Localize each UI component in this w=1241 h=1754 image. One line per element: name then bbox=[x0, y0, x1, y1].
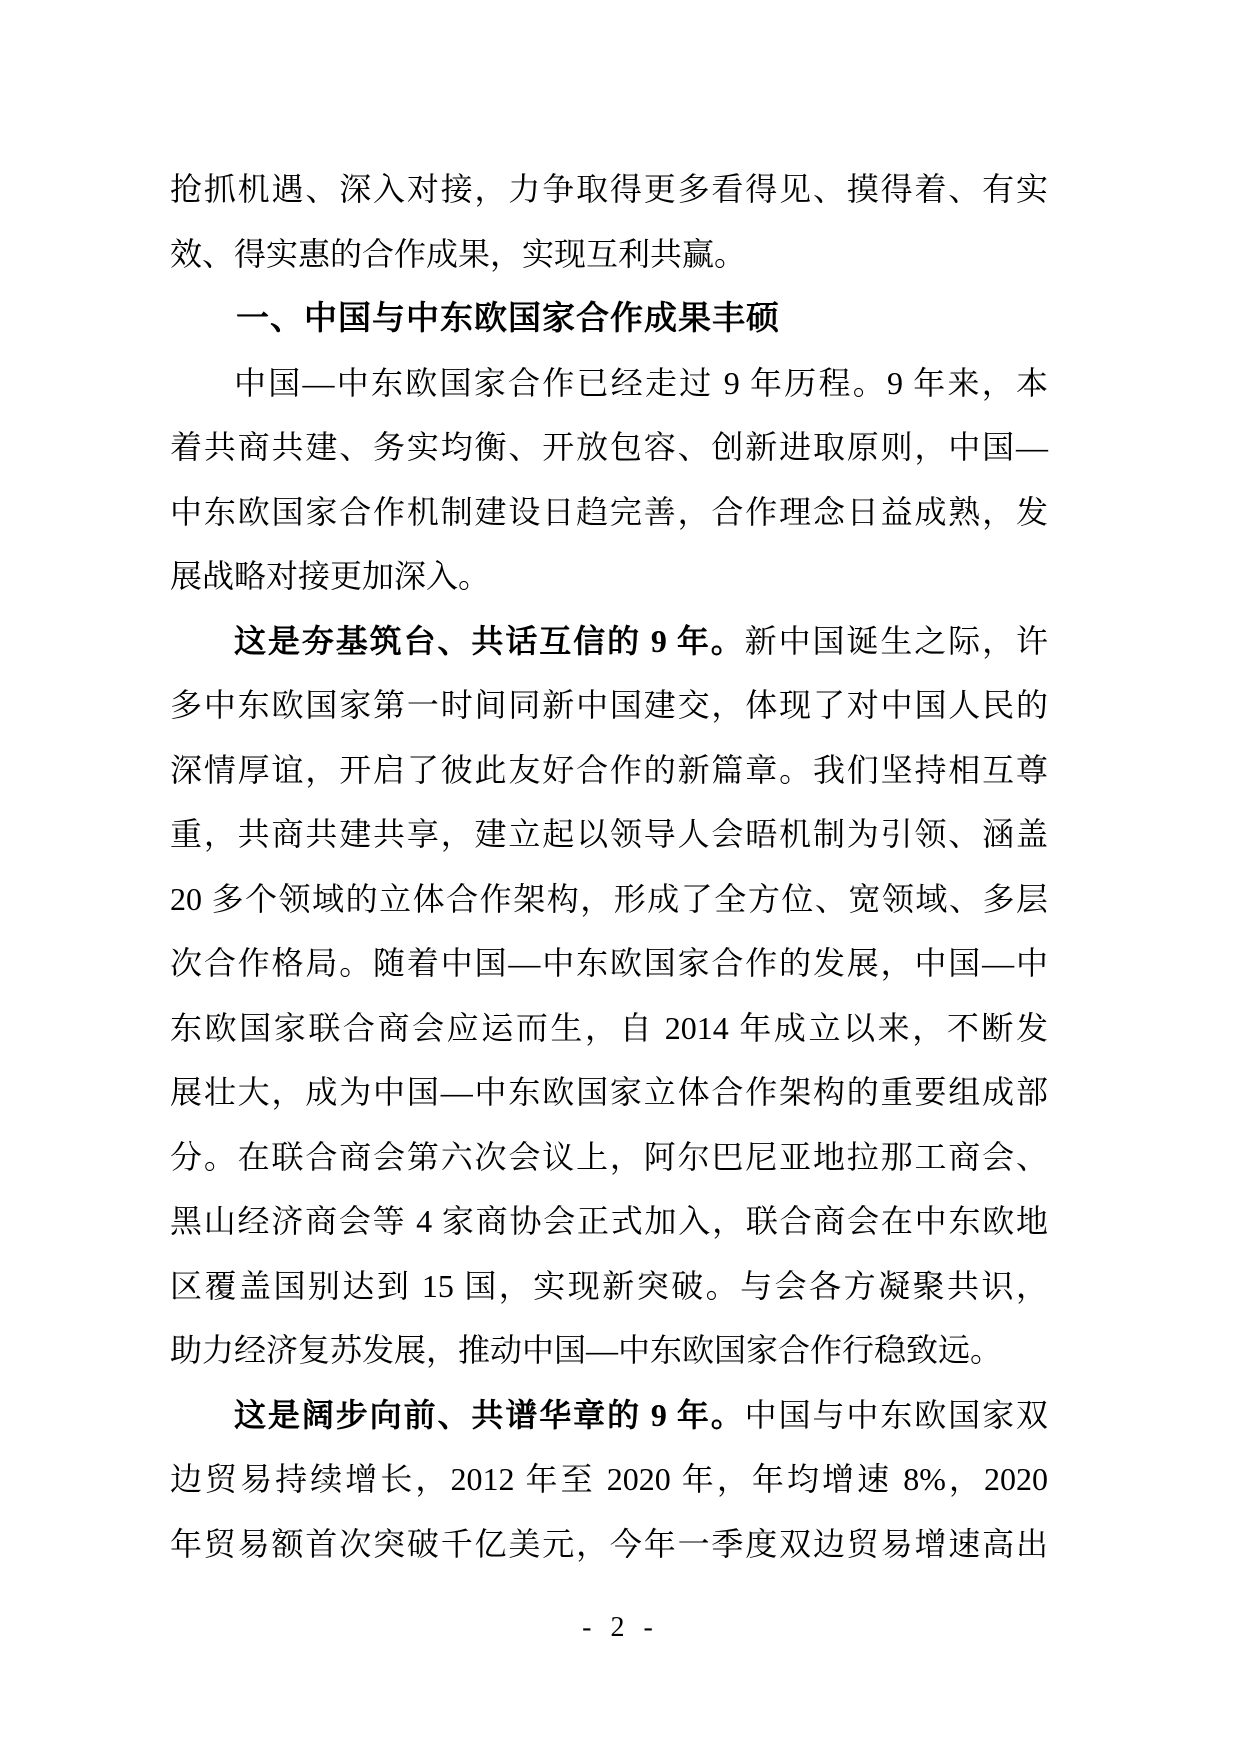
text-run: 黑山经济商会等 4 家商协会正式加入，联合商会在中东欧地 bbox=[170, 1203, 1048, 1239]
bold-text-run: 这是夯基筑台、共话互信的 9 年。 bbox=[234, 623, 745, 659]
text-line: 效、得实惠的合作成果，实现互利共赢。 bbox=[170, 222, 1048, 287]
text-line: 着共商共建、务实均衡、开放包容、创新进取原则，中国— bbox=[170, 415, 1048, 480]
text-line: 展战略对接更加深入。 bbox=[170, 544, 1048, 609]
text-run: 重，共商共建共享，建立起以领导人会晤机制为引领、涵盖 bbox=[170, 816, 1048, 852]
text-run: 助力经济复苏发展，推动中国—中东欧国家合作行稳致远。 bbox=[170, 1332, 1002, 1368]
text-run: 区覆盖国别达到 15 国，实现新突破。与会各方凝聚共识， bbox=[170, 1268, 1048, 1304]
bold-text-run: 一、中国与中东欧国家合作成果丰硕 bbox=[236, 299, 780, 336]
text-line: 次合作格局。随着中国—中东欧国家合作的发展，中国—中 bbox=[170, 931, 1048, 996]
text-run: 展战略对接更加深入。 bbox=[170, 558, 490, 594]
text-line: 区覆盖国别达到 15 国，实现新突破。与会各方凝聚共识， bbox=[170, 1254, 1048, 1319]
text-run: 着共商共建、务实均衡、开放包容、创新进取原则，中国— bbox=[170, 429, 1048, 465]
text-line: 这是阔步向前、共谱华章的 9 年。中国与中东欧国家双 bbox=[170, 1383, 1048, 1448]
document-page: 抢抓机遇、深入对接，力争取得更多看得见、摸得着、有实效、得实惠的合作成果，实现互… bbox=[0, 0, 1241, 1754]
text-line: 20 多个领域的立体合作架构，形成了全方位、宽领域、多层 bbox=[170, 867, 1048, 932]
document-body: 抢抓机遇、深入对接，力争取得更多看得见、摸得着、有实效、得实惠的合作成果，实现互… bbox=[170, 157, 1048, 1576]
text-line: 中东欧国家合作机制建设日趋完善，合作理念日益成熟，发 bbox=[170, 480, 1048, 545]
text-line: 多中东欧国家第一时间同新中国建交，体现了对中国人民的 bbox=[170, 673, 1048, 738]
text-line: 重，共商共建共享，建立起以领导人会晤机制为引领、涵盖 bbox=[170, 802, 1048, 867]
text-run: 效、得实惠的合作成果，实现互利共赢。 bbox=[170, 236, 746, 272]
text-run: 中国—中东欧国家合作已经走过 9 年历程。9 年来，本 bbox=[234, 365, 1048, 401]
heading-line: 一、中国与中东欧国家合作成果丰硕 bbox=[170, 286, 1048, 351]
text-run: 抢抓机遇、深入对接，力争取得更多看得见、摸得着、有实 bbox=[170, 171, 1048, 207]
text-line: 展壮大，成为中国—中东欧国家立体合作架构的重要组成部 bbox=[170, 1060, 1048, 1125]
text-run: 边贸易持续增长，2012 年至 2020 年，年均增速 8%，2020 bbox=[170, 1461, 1048, 1497]
text-run: 深情厚谊，开启了彼此友好合作的新篇章。我们坚持相互尊 bbox=[170, 752, 1048, 788]
text-line: 东欧国家联合商会应运而生，自 2014 年成立以来，不断发 bbox=[170, 996, 1048, 1061]
text-run: 20 多个领域的立体合作架构，形成了全方位、宽领域、多层 bbox=[170, 881, 1048, 917]
text-run: 中东欧国家合作机制建设日趋完善，合作理念日益成熟，发 bbox=[170, 494, 1048, 530]
text-line: 助力经济复苏发展，推动中国—中东欧国家合作行稳致远。 bbox=[170, 1318, 1048, 1383]
text-run: 东欧国家联合商会应运而生，自 2014 年成立以来，不断发 bbox=[170, 1010, 1048, 1046]
text-run: 多中东欧国家第一时间同新中国建交，体现了对中国人民的 bbox=[170, 687, 1048, 723]
text-line: 抢抓机遇、深入对接，力争取得更多看得见、摸得着、有实 bbox=[170, 157, 1048, 222]
page-footer: - 2 - bbox=[0, 1608, 1241, 1648]
text-line: 黑山经济商会等 4 家商协会正式加入，联合商会在中东欧地 bbox=[170, 1189, 1048, 1254]
text-line: 分。在联合商会第六次会议上，阿尔巴尼亚地拉那工商会、 bbox=[170, 1125, 1048, 1190]
text-run: 新中国诞生之际，许 bbox=[745, 623, 1048, 659]
text-run: 展壮大，成为中国—中东欧国家立体合作架构的重要组成部 bbox=[170, 1074, 1048, 1110]
text-line: 这是夯基筑台、共话互信的 9 年。新中国诞生之际，许 bbox=[170, 609, 1048, 674]
page-number: - 2 - bbox=[582, 1612, 659, 1643]
text-line: 年贸易额首次突破千亿美元，今年一季度双边贸易增速高出 bbox=[170, 1512, 1048, 1577]
text-line: 边贸易持续增长，2012 年至 2020 年，年均增速 8%，2020 bbox=[170, 1447, 1048, 1512]
text-line: 深情厚谊，开启了彼此友好合作的新篇章。我们坚持相互尊 bbox=[170, 738, 1048, 803]
text-run: 中国与中东欧国家双 bbox=[745, 1397, 1048, 1433]
text-line: 中国—中东欧国家合作已经走过 9 年历程。9 年来，本 bbox=[170, 351, 1048, 416]
text-run: 年贸易额首次突破千亿美元，今年一季度双边贸易增速高出 bbox=[170, 1526, 1048, 1562]
bold-text-run: 这是阔步向前、共谱华章的 9 年。 bbox=[234, 1397, 745, 1433]
text-run: 分。在联合商会第六次会议上，阿尔巴尼亚地拉那工商会、 bbox=[170, 1139, 1048, 1175]
text-run: 次合作格局。随着中国—中东欧国家合作的发展，中国—中 bbox=[170, 945, 1048, 981]
